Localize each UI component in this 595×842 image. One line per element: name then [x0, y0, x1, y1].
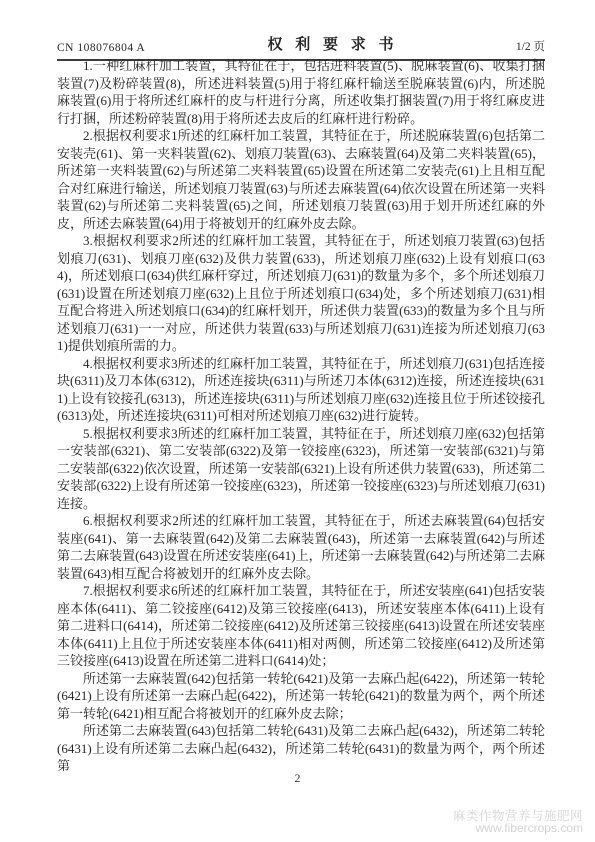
- claim-paragraph-2: 2.根据权利要求1所述的红麻杆加工装置，其特征在于，所述脱麻装置(6)包括第二安…: [57, 127, 545, 232]
- claim-paragraph-7-sub1: 所述第一去麻装置(642)包括第一转轮(6421)及第一去麻凸起(6422)，所…: [57, 670, 545, 723]
- claims-section: 1.一种红麻杆加工装置，其特征在于，包括进料装置(5)、脱麻装置(6)、收集打捆…: [57, 57, 545, 775]
- page-indicator: 1/2 页: [516, 38, 545, 54]
- patent-claims-page: CN 108076804 A 权利要求书 1/2 页 1.一种红麻杆加工装置，其…: [0, 0, 595, 842]
- page-title: 权利要求书: [268, 33, 407, 54]
- claim-paragraph-4: 4.根据权利要求3所述的红麻杆加工装置，其特征在于，所述划痕刀(631)包括连接…: [57, 355, 545, 425]
- claim-paragraph-6: 6.根据权利要求2所述的红麻杆加工装置，其特征在于，所述去麻装置(64)包括安装…: [57, 512, 545, 582]
- watermark-site-url: www.fibercrops.com: [453, 822, 583, 834]
- watermark: 麻类作物营养与施肥网 www.fibercrops.com: [453, 810, 583, 834]
- claim-paragraph-3: 3.根据权利要求2所述的红麻杆加工装置，其特征在于，所述划痕刀装置(63)包括划…: [57, 232, 545, 355]
- claim-paragraph-5: 5.根据权利要求3所述的红麻杆加工装置，其特征在于，所述划痕刀座(632)包括第…: [57, 425, 545, 513]
- page-number: 2: [0, 771, 595, 786]
- claim-paragraph-7: 7.根据权利要求6所述的红麻杆加工装置，其特征在于，所述安装座(641)包括安装…: [57, 582, 545, 670]
- claim-paragraph-7-sub2: 所述第二去麻装置(643)包括第二转轮(6431)及第二去麻凸起(6432)，所…: [57, 722, 545, 775]
- publication-number: CN 108076804 A: [57, 42, 145, 54]
- claim-paragraph-1: 1.一种红麻杆加工装置，其特征在于，包括进料装置(5)、脱麻装置(6)、收集打捆…: [57, 57, 545, 127]
